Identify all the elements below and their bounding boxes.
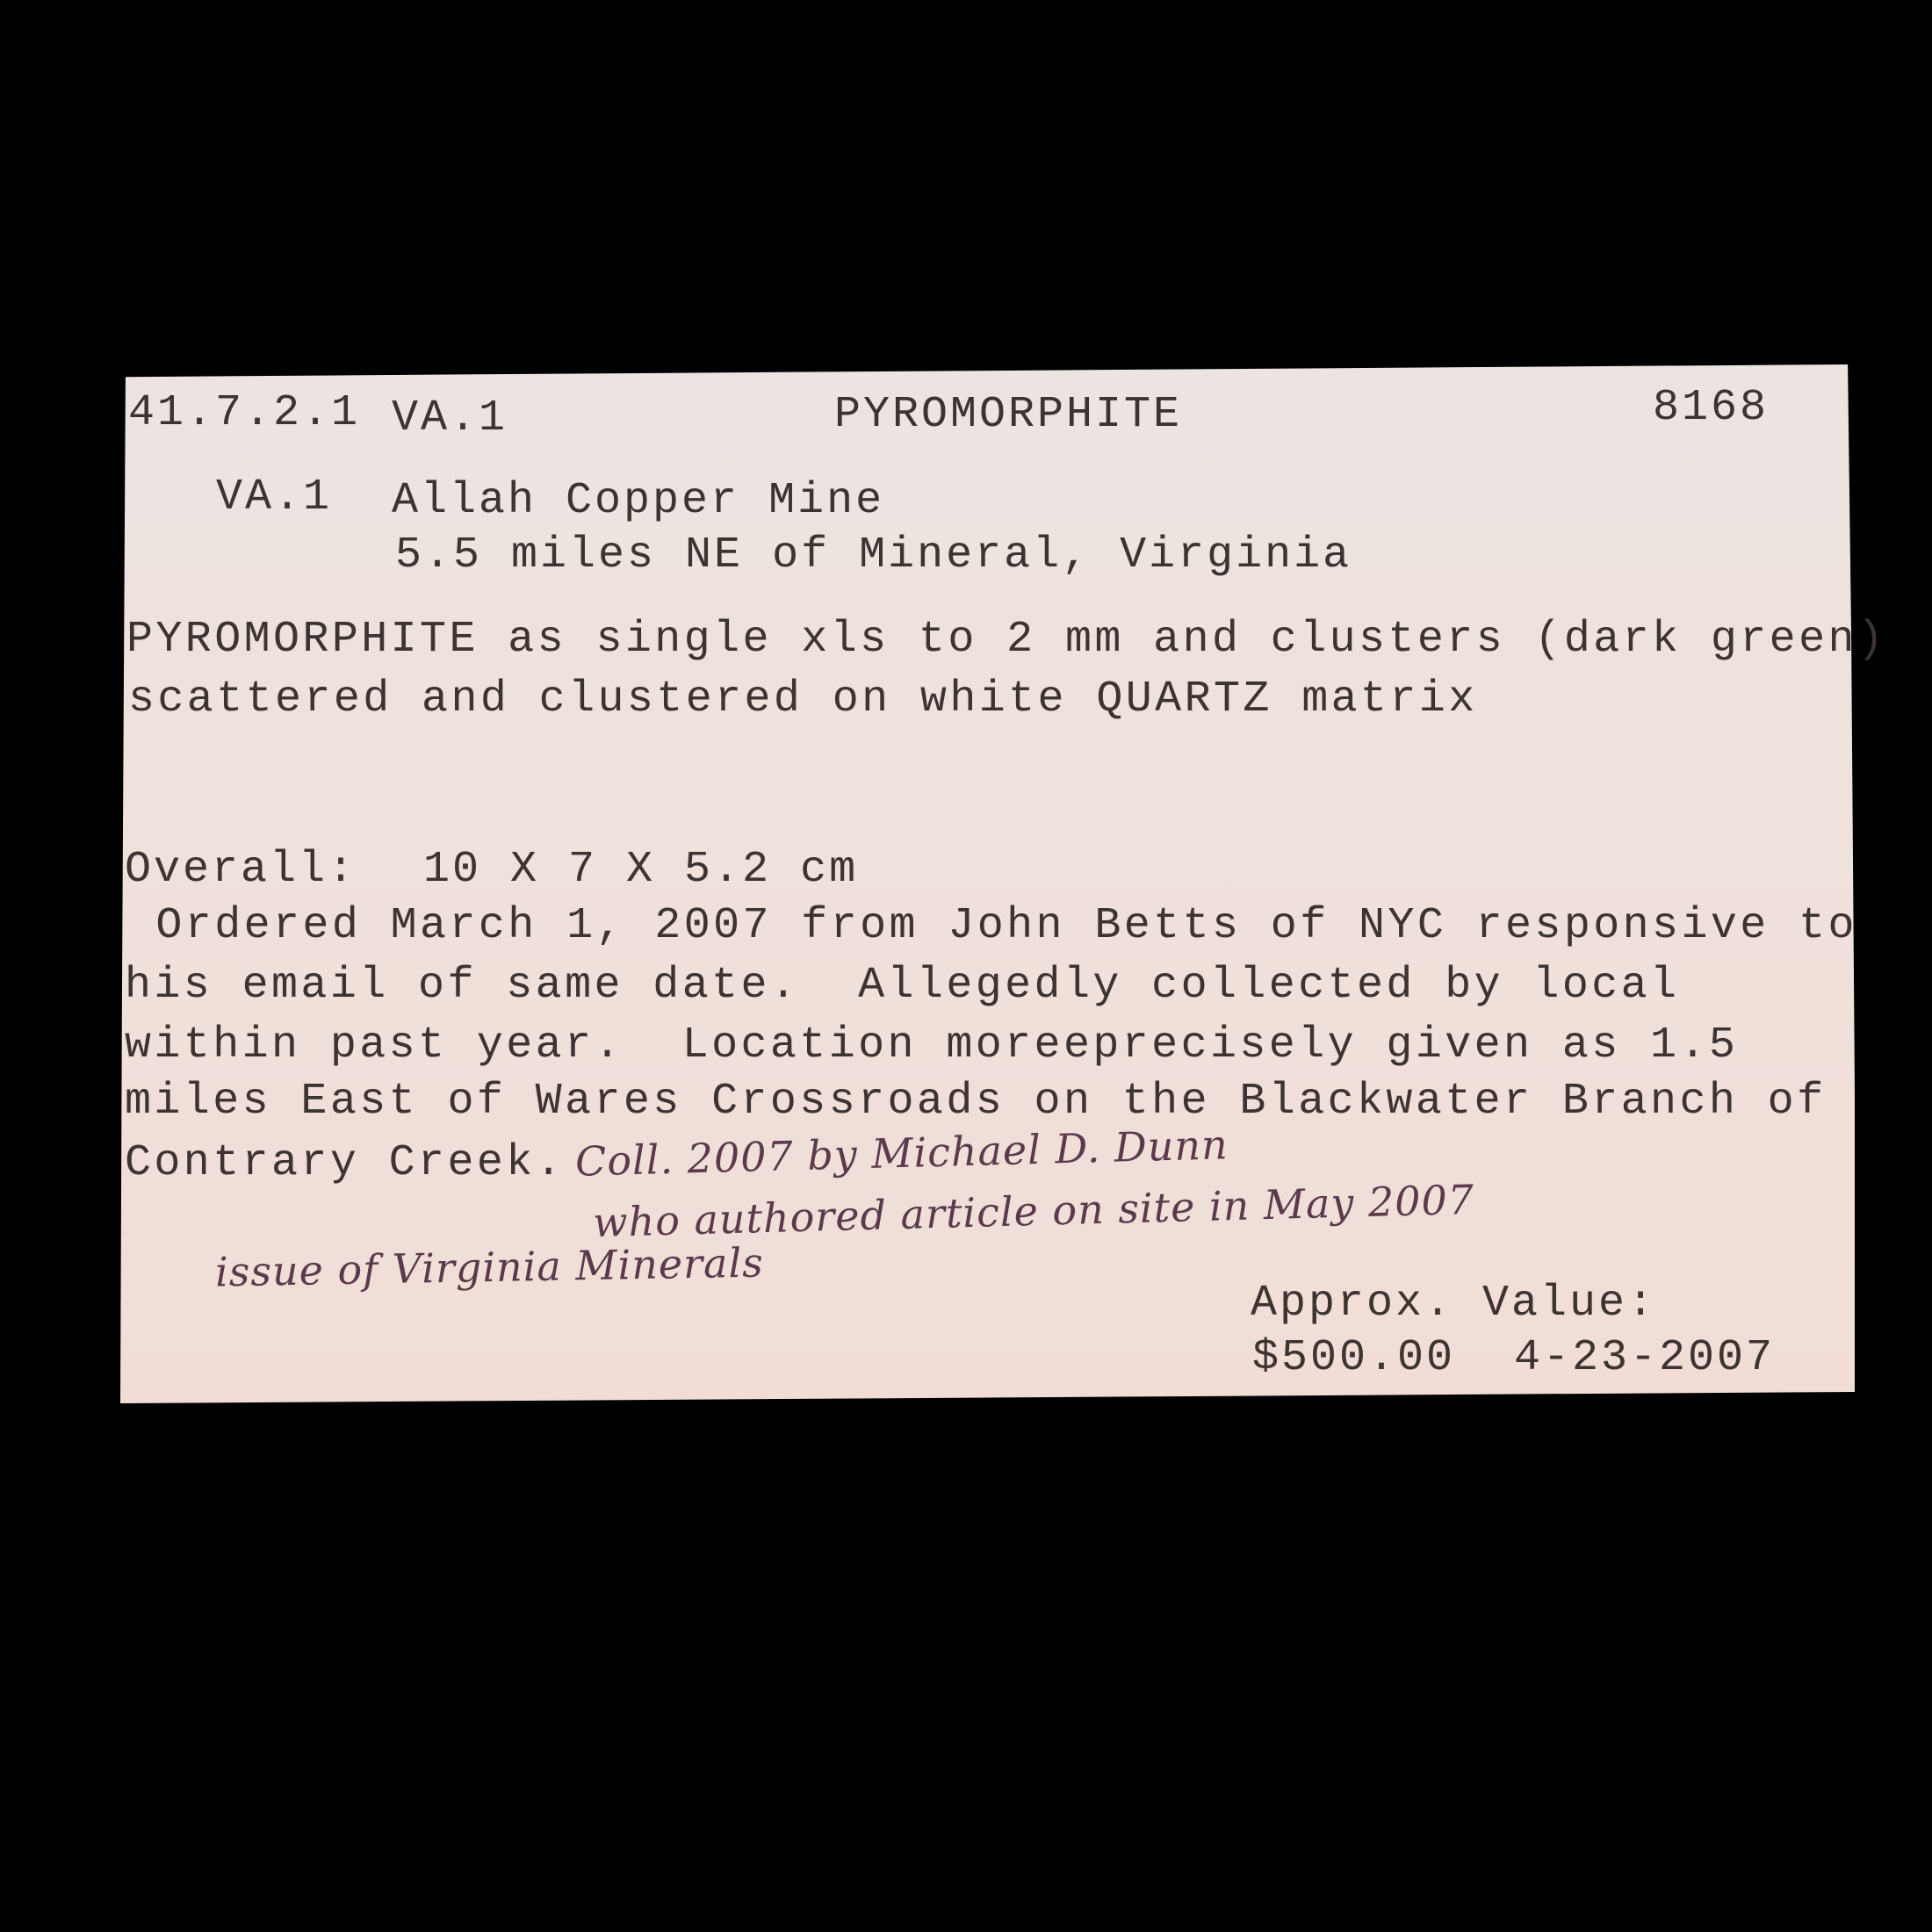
notes-line: within past year. Location moreeprecisel… (125, 1024, 1738, 1068)
notes-line: his email of same date. Allegedly collec… (125, 964, 1679, 1008)
value-label: Approx. Value: (1251, 1282, 1656, 1326)
locality-name: Allah Copper Mine (392, 479, 884, 523)
locality-location: 5.5 miles NE of Mineral, Virginia (395, 534, 1352, 578)
locality-code: VA.1 (216, 476, 332, 520)
notes-line: miles East of Wares Crossroads on the Bl… (125, 1080, 1826, 1124)
value-amount: $500.00 (1252, 1337, 1455, 1381)
value-date: 4-23-2007 (1514, 1337, 1775, 1381)
header-locality-code: VA.1 (392, 397, 508, 441)
dimensions-value: 10 X 7 X 5.2 cm (423, 848, 858, 892)
photo-background: 41.7.2.1 VA.1 PYROMORPHITE 8168 VA.1 All… (0, 0, 1932, 1932)
notes-line: Contrary Creek. (125, 1142, 565, 1186)
description-line: PYROMORPHITE as single xls to 2 mm and c… (126, 618, 1886, 662)
catalog-number: 8168 (1653, 386, 1769, 430)
classification-code: 41.7.2.1 (128, 392, 360, 436)
mineral-name: PYROMORPHITE (834, 393, 1182, 437)
description-line: scattered and clustered on white QUARTZ … (128, 678, 1478, 722)
notes-line: Ordered March 1, 2007 from John Betts of… (126, 905, 1857, 948)
dimensions-label: Overall: (125, 848, 357, 892)
handwritten-note-line: issue of Virginia Minerals (215, 1243, 765, 1293)
